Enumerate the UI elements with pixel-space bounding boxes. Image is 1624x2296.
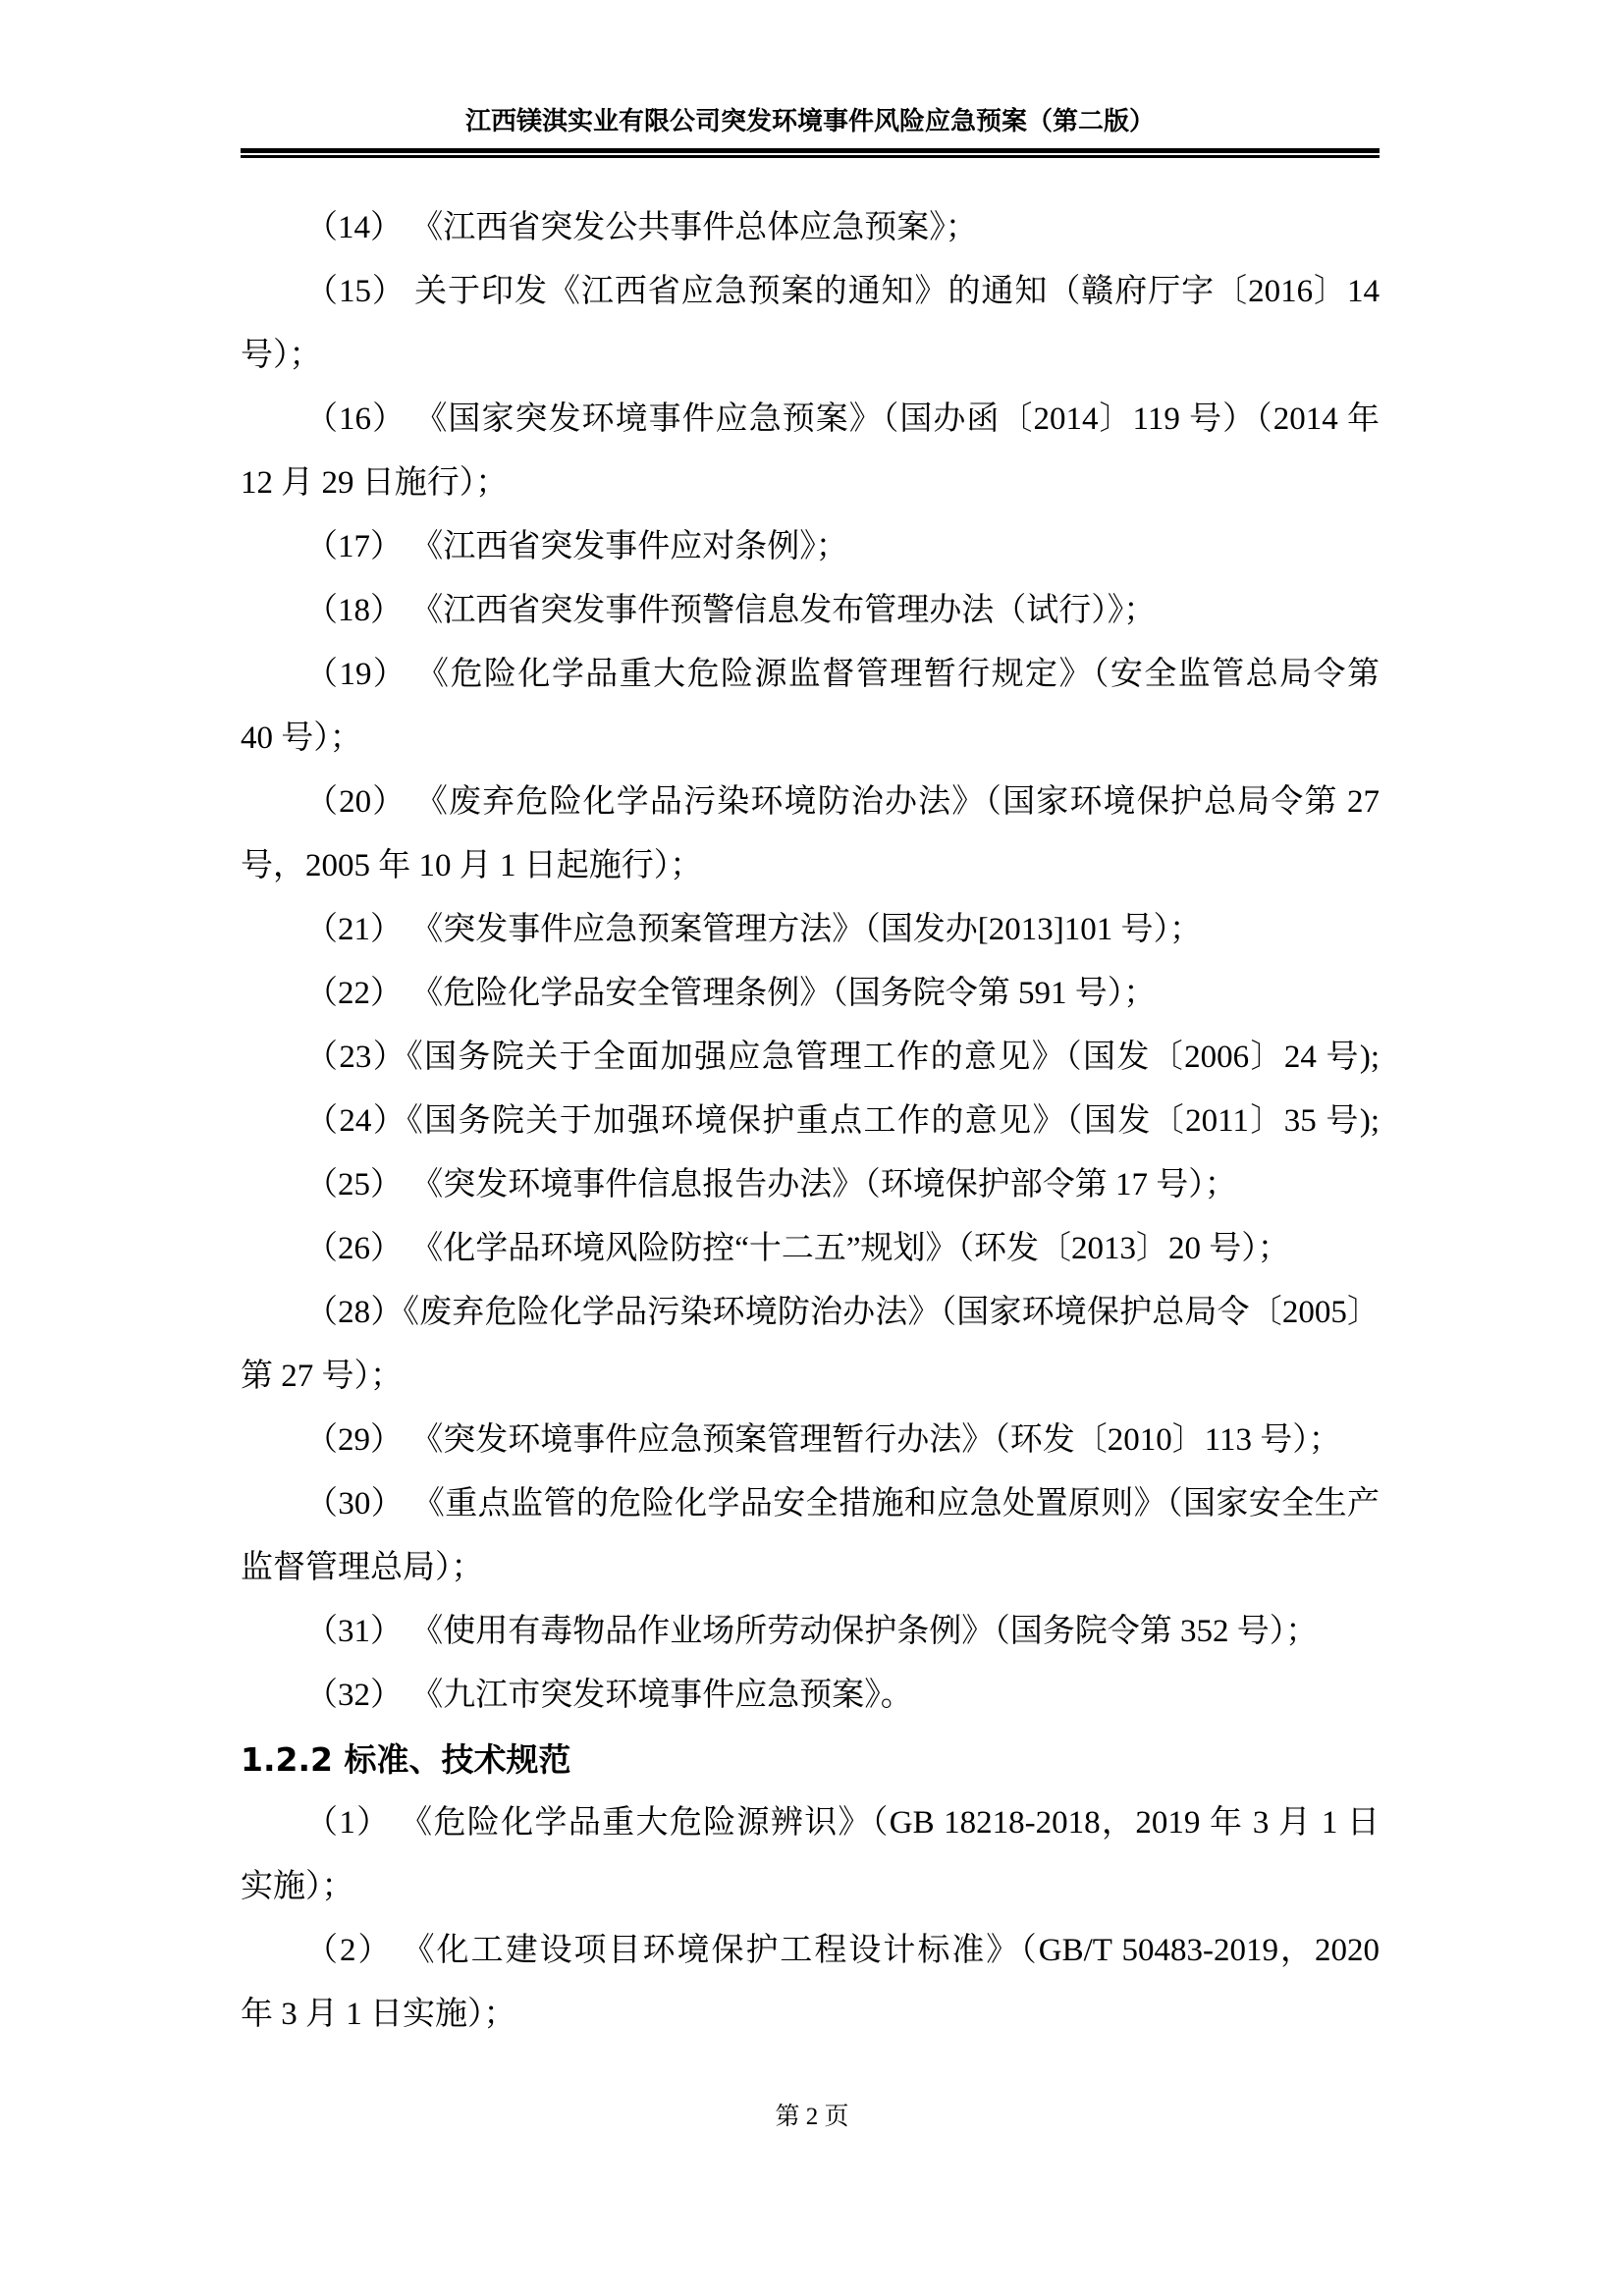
text-line: （19） 《危险化学品重大危险源监督管理暂行规定》（安全监管总局令第 bbox=[241, 643, 1380, 707]
text-line: （24）《国务院关于加强环境保护重点工作的意见》（国发〔2011〕35 号); bbox=[241, 1090, 1380, 1153]
text-line: （17） 《江西省突发事件应对条例》； bbox=[241, 515, 1380, 579]
document-page: 江西镁淇实业有限公司突发环境事件风险应急预案（第二版） （14） 《江西省突发公… bbox=[0, 0, 1624, 2296]
text-line: （29） 《突发环境事件应急预案管理暂行办法》（环发〔2010〕113 号）； bbox=[241, 1409, 1380, 1472]
text-line: （18） 《江西省突发事件预警信息发布管理办法（试行）》； bbox=[241, 579, 1380, 643]
text-line: （26） 《化学品环境风险防控“十二五”规划》（环发〔2013〕20 号）； bbox=[241, 1217, 1380, 1281]
text-line: 40 号）； bbox=[241, 707, 1380, 771]
text-line: 12 月 29 日施行）； bbox=[241, 452, 1380, 515]
document-body: （14） 《江西省突发公共事件总体应急预案》；（15） 关于印发《江西省应急预案… bbox=[241, 196, 1380, 2047]
text-line: 号，2005 年 10 月 1 日起施行）； bbox=[241, 834, 1380, 898]
text-line: （25） 《突发环境事件信息报告办法》（环境保护部令第 17 号）； bbox=[241, 1153, 1380, 1217]
text-line: （20） 《废弃危险化学品污染环境防治办法》（国家环境保护总局令第 27 bbox=[241, 771, 1380, 834]
text-line: （30） 《重点监管的危险化学品安全措施和应急处置原则》（国家安全生产 bbox=[241, 1472, 1380, 1536]
page-number: 第 2 页 bbox=[0, 2101, 1624, 2134]
text-line: （23）《国务院关于全面加强应急管理工作的意见》（国发〔2006〕24 号); bbox=[241, 1026, 1380, 1090]
text-line: （2） 《化工建设项目环境保护工程设计标准》（GB/T 50483-2019，2… bbox=[241, 1919, 1380, 1983]
header-double-rule bbox=[241, 148, 1380, 158]
text-line: 号）； bbox=[241, 324, 1380, 388]
text-line: 年 3 月 1 日实施）； bbox=[241, 1983, 1380, 2047]
text-line: （31） 《使用有毒物品作业场所劳动保护条例》（国务院令第 352 号）； bbox=[241, 1600, 1380, 1664]
text-line: 监督管理总局）； bbox=[241, 1536, 1380, 1600]
text-line: （15） 关于印发《江西省应急预案的通知》的通知（赣府厅字〔2016〕14 bbox=[241, 260, 1380, 324]
section-heading: 1.2.2 标准、技术规范 bbox=[241, 1728, 1380, 1791]
text-line: （1） 《危险化学品重大危险源辨识》（GB 18218-2018，2019 年 … bbox=[241, 1791, 1380, 1855]
text-line: 实施）； bbox=[241, 1855, 1380, 1919]
text-line: （21） 《突发事件应急预案管理方法》（国发办[2013]101 号）； bbox=[241, 898, 1380, 962]
text-line: 第 27 号）； bbox=[241, 1345, 1380, 1409]
text-line: （22） 《危险化学品安全管理条例》（国务院令第 591 号）； bbox=[241, 962, 1380, 1026]
page-header-title: 江西镁淇实业有限公司突发环境事件风险应急预案（第二版） bbox=[241, 104, 1380, 139]
text-line: （14） 《江西省突发公共事件总体应急预案》； bbox=[241, 196, 1380, 260]
text-line: （28）《废弃危险化学品污染环境防治办法》（国家环境保护总局令〔2005〕 bbox=[241, 1281, 1380, 1345]
text-line: （16） 《国家突发环境事件应急预案》（国办函〔2014〕119 号）（2014… bbox=[241, 388, 1380, 452]
text-line: （32） 《九江市突发环境事件应急预案》。 bbox=[241, 1664, 1380, 1728]
